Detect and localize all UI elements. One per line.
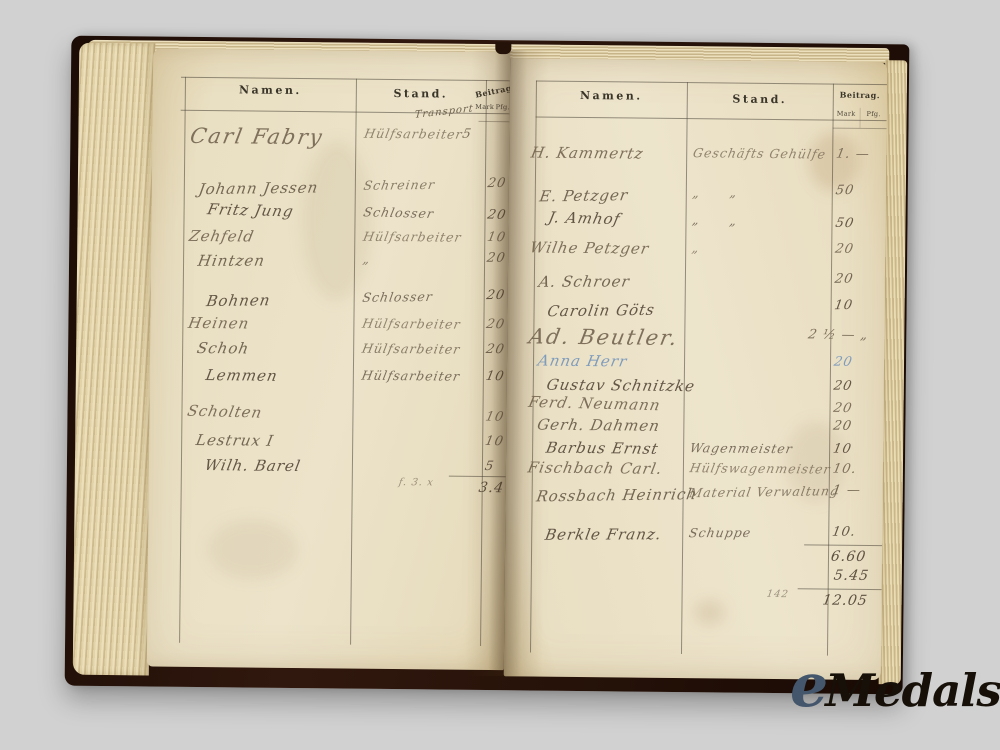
entry-amount: 20 <box>485 317 506 332</box>
entry-name: Barbus Ernst <box>544 439 660 458</box>
entry-amount: 10 <box>484 434 505 449</box>
entry-name: J. Amhof <box>547 208 622 228</box>
entry-stand: Schlosser <box>362 204 435 221</box>
entry-amount: 20 <box>486 208 508 223</box>
entry-amount: 10. <box>831 525 857 540</box>
entry-amount: 5 <box>461 127 473 142</box>
entry-name: Ad. Beutler. <box>527 324 681 350</box>
emedals-logo-e: e <box>790 651 825 721</box>
entry-amount: 20 <box>487 176 508 191</box>
emedals-watermark: eMedals <box>790 656 1000 716</box>
entry-name: Johann Jessen <box>197 178 319 198</box>
entry-stand: Hülfsarbeiter <box>361 341 462 357</box>
ledger-book: Namen. Stand. Beitrag. Mark Pfg. Transpo… <box>65 36 910 695</box>
photo-background: Namen. Stand. Beitrag. Mark Pfg. Transpo… <box>0 0 1000 750</box>
entry-name: Rossbach Heinrich <box>535 485 698 505</box>
entry-name: Scholten <box>186 402 264 422</box>
ledger-entry-row: Wilhe Petzger„20 <box>508 238 885 268</box>
entry-name: A. Schroer <box>537 272 631 290</box>
ledger-entry-row: A. Schroer20 <box>508 272 885 299</box>
ledger-entry-row: Ad. Beutler.2 ½ — „ <box>507 324 884 354</box>
entry-amount: 10 <box>486 230 507 245</box>
ledger-entry-row: Hintzen„20 <box>151 251 508 278</box>
entry-name: Gerh. Dahmen <box>536 416 662 435</box>
entry-amount: 20 <box>833 355 854 370</box>
entry-stand: Hülfsarbeiter <box>362 229 463 245</box>
entry-amount: 20 <box>485 342 506 357</box>
entry-amount: 1. — <box>835 147 871 162</box>
entry-name: Fischbach Carl. <box>526 458 664 477</box>
subtotal-2: 5.45 <box>833 568 871 584</box>
page-edges-left <box>73 43 156 676</box>
entry-amount: 5 <box>484 459 496 474</box>
ledger-entry-row: Carl FabryHülfsarbeiter5 <box>152 123 509 153</box>
entry-amount: 10 <box>833 298 854 313</box>
entry-amount: 10 <box>484 409 506 424</box>
entry-amount: 1 — <box>831 483 862 498</box>
spine-notch <box>495 42 511 54</box>
entry-name: Zehfeld <box>188 227 256 246</box>
entry-stand: „ „ <box>691 185 738 201</box>
entry-stand: Schlosser <box>361 289 434 305</box>
entry-amount: 2 ½ — „ <box>807 327 870 343</box>
entry-name: Anna Herr <box>536 352 629 371</box>
ledger-entry-row: Rossbach HeinrichMaterial Verwaltung1 — <box>505 483 882 514</box>
entry-amount: 10 <box>484 369 505 384</box>
entry-amount: 20 <box>832 379 853 394</box>
ledger-entry-row: Wilh. Barel5 <box>149 455 506 485</box>
entry-stand: Schuppe <box>688 525 753 540</box>
entry-name: Wilh. Barel <box>203 456 302 475</box>
entry-name: Carolin Göts <box>546 301 656 321</box>
entry-name: Fritz Jung <box>206 200 296 220</box>
tally-note: 142 <box>766 589 790 600</box>
subtotal-1: 6.60 <box>830 549 868 565</box>
page-total: 3.4 <box>478 480 506 496</box>
ledger-page-right: Namen. Stand. Beitrag. Mark Pfg. H. Kamm… <box>504 58 887 680</box>
ledger-entry-row: LemmenHülfsarbeiter10 <box>150 365 507 395</box>
entry-amount: 20 <box>486 251 507 266</box>
entry-name: Berkle Franz. <box>544 525 664 543</box>
entry-name: Heinen <box>187 314 251 333</box>
emedals-logo-text: Medals <box>825 664 1000 717</box>
entry-stand: „ <box>691 240 701 255</box>
entry-amount: 50 <box>834 183 855 198</box>
entry-rows-right: H. KammertzGeschäfts Gehülfe1. —E. Petzg… <box>504 58 887 680</box>
entry-amount: 20 <box>834 272 855 287</box>
ledger-entry-row: SchohHülfsarbeiter20 <box>150 338 507 368</box>
entry-rows-left: Carl FabryHülfsarbeiter5Johann JessenSch… <box>147 48 510 670</box>
entry-amount: 50 <box>834 216 856 231</box>
entry-amount: 20 <box>832 419 853 434</box>
entry-stand: Hülfsarbeiter <box>360 368 461 384</box>
ledger-entry-row: J. Amhof„ „50 <box>508 207 886 243</box>
entry-stand: Material Verwaltung <box>688 483 840 500</box>
entry-name: Ferd. Neumann <box>527 393 663 414</box>
entry-name: Carl Fabry <box>188 124 326 149</box>
ledger-entry-row: H. KammertzGeschäfts Gehülfe1. — <box>509 143 886 173</box>
entry-stand: Schreiner <box>363 177 437 193</box>
entry-name: Wilhe Petzger <box>529 238 651 257</box>
entry-name: H. Kammertz <box>530 143 646 162</box>
entry-stand: Geschäfts Gehülfe <box>692 145 828 161</box>
entry-name: Schoh <box>195 339 250 358</box>
entry-stand: Hülfsarbeiter <box>363 126 464 142</box>
entry-amount: 10. <box>832 462 858 477</box>
ledger-entry-row: Berkle Franz.Schuppe10. <box>505 525 882 552</box>
entry-amount: 20 <box>834 242 855 257</box>
entry-name: Gustav Schnitzke <box>545 376 697 396</box>
entry-stand: Wagenmeister <box>689 440 795 456</box>
entry-name: Hintzen <box>196 252 266 270</box>
entry-name: Bohnen <box>205 291 272 310</box>
entry-name: E. Petzger <box>538 186 629 205</box>
entry-name: Lemmen <box>204 366 279 385</box>
total-note: f. 3. x <box>398 477 435 488</box>
entry-stand: Hülfsarbeiter <box>361 316 462 332</box>
entry-stand: „ „ <box>691 212 739 228</box>
grand-total: 12.05 <box>821 593 869 609</box>
entry-amount: 10 <box>832 442 853 457</box>
ledger-page-left: Namen. Stand. Beitrag. Mark Pfg. Transpo… <box>147 48 510 670</box>
entry-stand: „ <box>362 251 372 266</box>
entry-amount: 20 <box>832 401 854 416</box>
entry-stand: Hülfswagenmeister <box>689 460 832 476</box>
entry-name: Lestrux I <box>195 431 276 450</box>
entry-amount: 20 <box>485 288 506 303</box>
